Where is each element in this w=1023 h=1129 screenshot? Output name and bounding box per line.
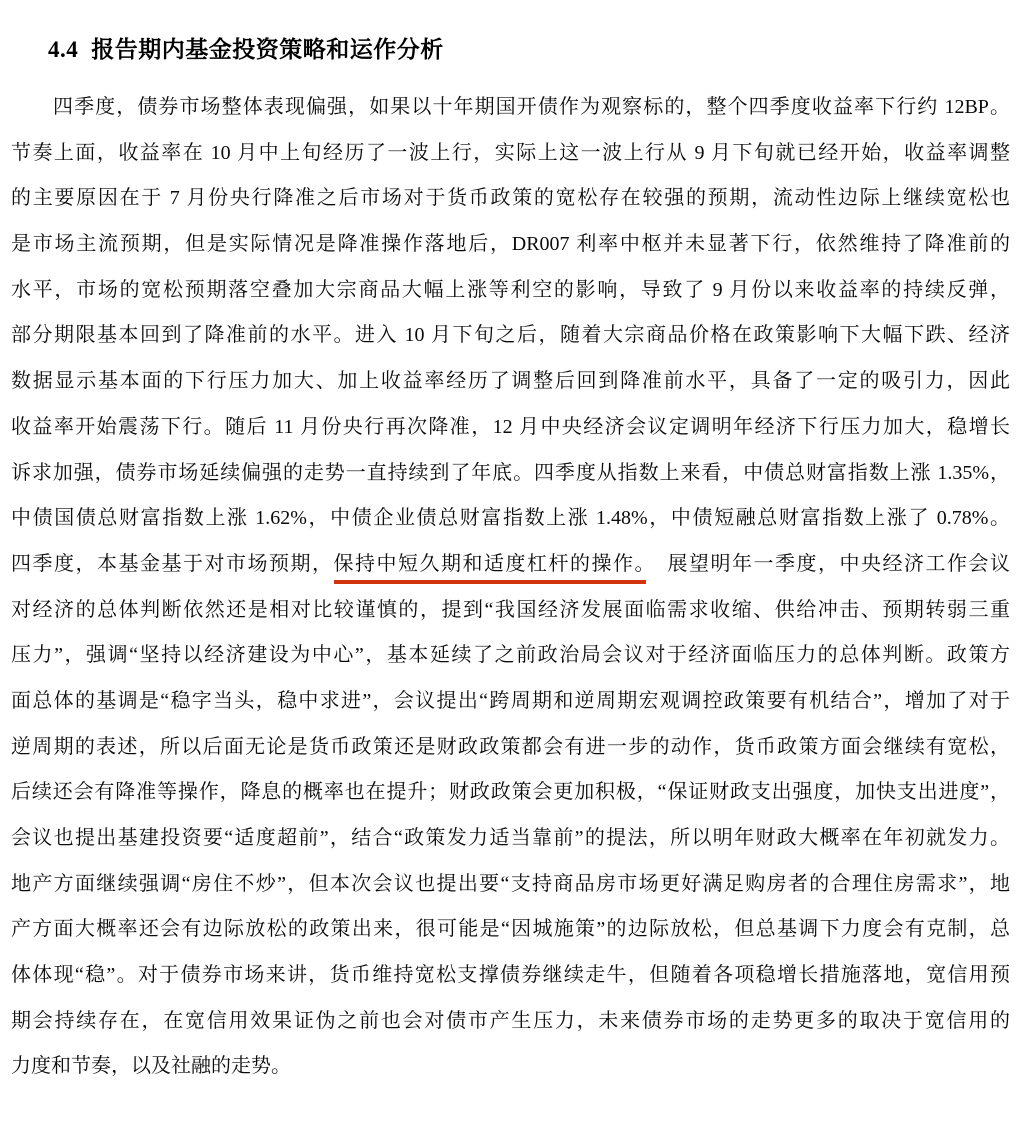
text-line: 四季度，债券市场整体表现偏强，如果以十年期国开债作为观察标的，整个四季度收益率下… — [11, 85, 1010, 131]
analysis-paragraph: 四季度，债券市场整体表现偏强，如果以十年期国开债作为观察标的，整个四季度收益率下… — [11, 85, 1010, 1090]
report-page: 4.4报告期内基金投资策略和运作分析 四季度，债券市场整体表现偏强，如果以十年期… — [0, 0, 1023, 1129]
text-line: 的主要原因在于 7 月份央行降准之后市场对于货币政策的宽松存在较强的预期，流动性… — [11, 176, 1010, 222]
text-line-with-highlight: 四季度，本基金基于对市场预期，保持中短久期和适度杠杆的操作。 展望明年一季度，中… — [11, 542, 1010, 588]
highlighted-strategy-text: 保持中短久期和适度杠杆的操作。 — [334, 553, 647, 584]
text-segment: 四季度，本基金基于对市场预期， — [11, 553, 334, 575]
text-line: 中债国债总财富指数上涨 1.62%，中债企业债总财富指数上涨 1.48%，中债短… — [11, 496, 1010, 542]
text-line: 面总体的基调是“稳字当头，稳中求进”，会议提出“跨周期和逆周期宏观调控政策要有机… — [11, 679, 1010, 725]
text-line: 诉求加强，债券市场延续偏强的走势一直持续到了年底。四季度从指数上来看，中债总财富… — [11, 451, 1010, 497]
text-line: 会议也提出基建投资要“适度超前”，结合“政策发力适当靠前”的提法，所以明年财政大… — [11, 816, 1010, 862]
text-segment: 展望明年一季度，中央经济工作会议 — [646, 553, 1010, 575]
text-line: 部分期限基本回到了降准前的水平。进入 10 月下旬之后，随着大宗商品价格在政策影… — [11, 313, 1010, 359]
text-line: 收益率开始震荡下行。随后 11 月份央行再次降准，12 月中央经济会议定调明年经… — [11, 405, 1010, 451]
text-line: 产方面大概率还会有边际放松的政策出来，很可能是“因城施策”的边际放松，但总基调下… — [11, 907, 1010, 953]
text-line: 节奏上面，收益率在 10 月中上旬经历了一波上行，实际上这一波上行从 9 月下旬… — [11, 131, 1010, 177]
section-number: 4.4 — [48, 37, 78, 62]
text-line: 数据显示基本面的下行压力加大、加上收益率经历了调整后回到降准前水平，具备了一定的… — [11, 359, 1010, 405]
text-line: 对经济的总体判断依然还是相对比较谨慎的，提到“我国经济发展面临需求收缩、供给冲击… — [11, 588, 1010, 634]
text-line: 后续还会有降准等操作，降息的概率也在提升；财政政策会更加积极，“保证财政支出强度… — [11, 770, 1010, 816]
section-title: 报告期内基金投资策略和运作分析 — [91, 37, 444, 62]
text-line: 压力”，强调“坚持以经济建设为中心”，基本延续了之前政治局会议对于经济面临压力的… — [11, 633, 1010, 679]
text-line: 是市场主流预期，但是实际情况是降准操作落地后，DR007 利率中枢并未显著下行，… — [11, 222, 1010, 268]
text-line: 力度和节奏，以及社融的走势。 — [11, 1044, 1010, 1090]
text-line: 期会持续存在，在宽信用效果证伪之前也会对债市产生压力，未来债券市场的走势更多的取… — [11, 999, 1010, 1045]
text-line: 逆周期的表述，所以后面无论是货币政策还是财政政策都会有进一步的动作，货币政策方面… — [11, 725, 1010, 771]
section-heading: 4.4报告期内基金投资策略和运作分析 — [0, 0, 1023, 64]
text-line: 地产方面继续强调“房住不炒”，但本次会议也提出要“支持商品房市场更好满足购房者的… — [11, 862, 1010, 908]
text-line: 水平，市场的宽松预期落空叠加大宗商品大幅上涨等利空的影响，导致了 9 月份以来收… — [11, 268, 1010, 314]
text-line: 体体现“稳”。对于债券市场来讲，货币维持宽松支撑债券继续走牛，但随着各项稳增长措… — [11, 953, 1010, 999]
